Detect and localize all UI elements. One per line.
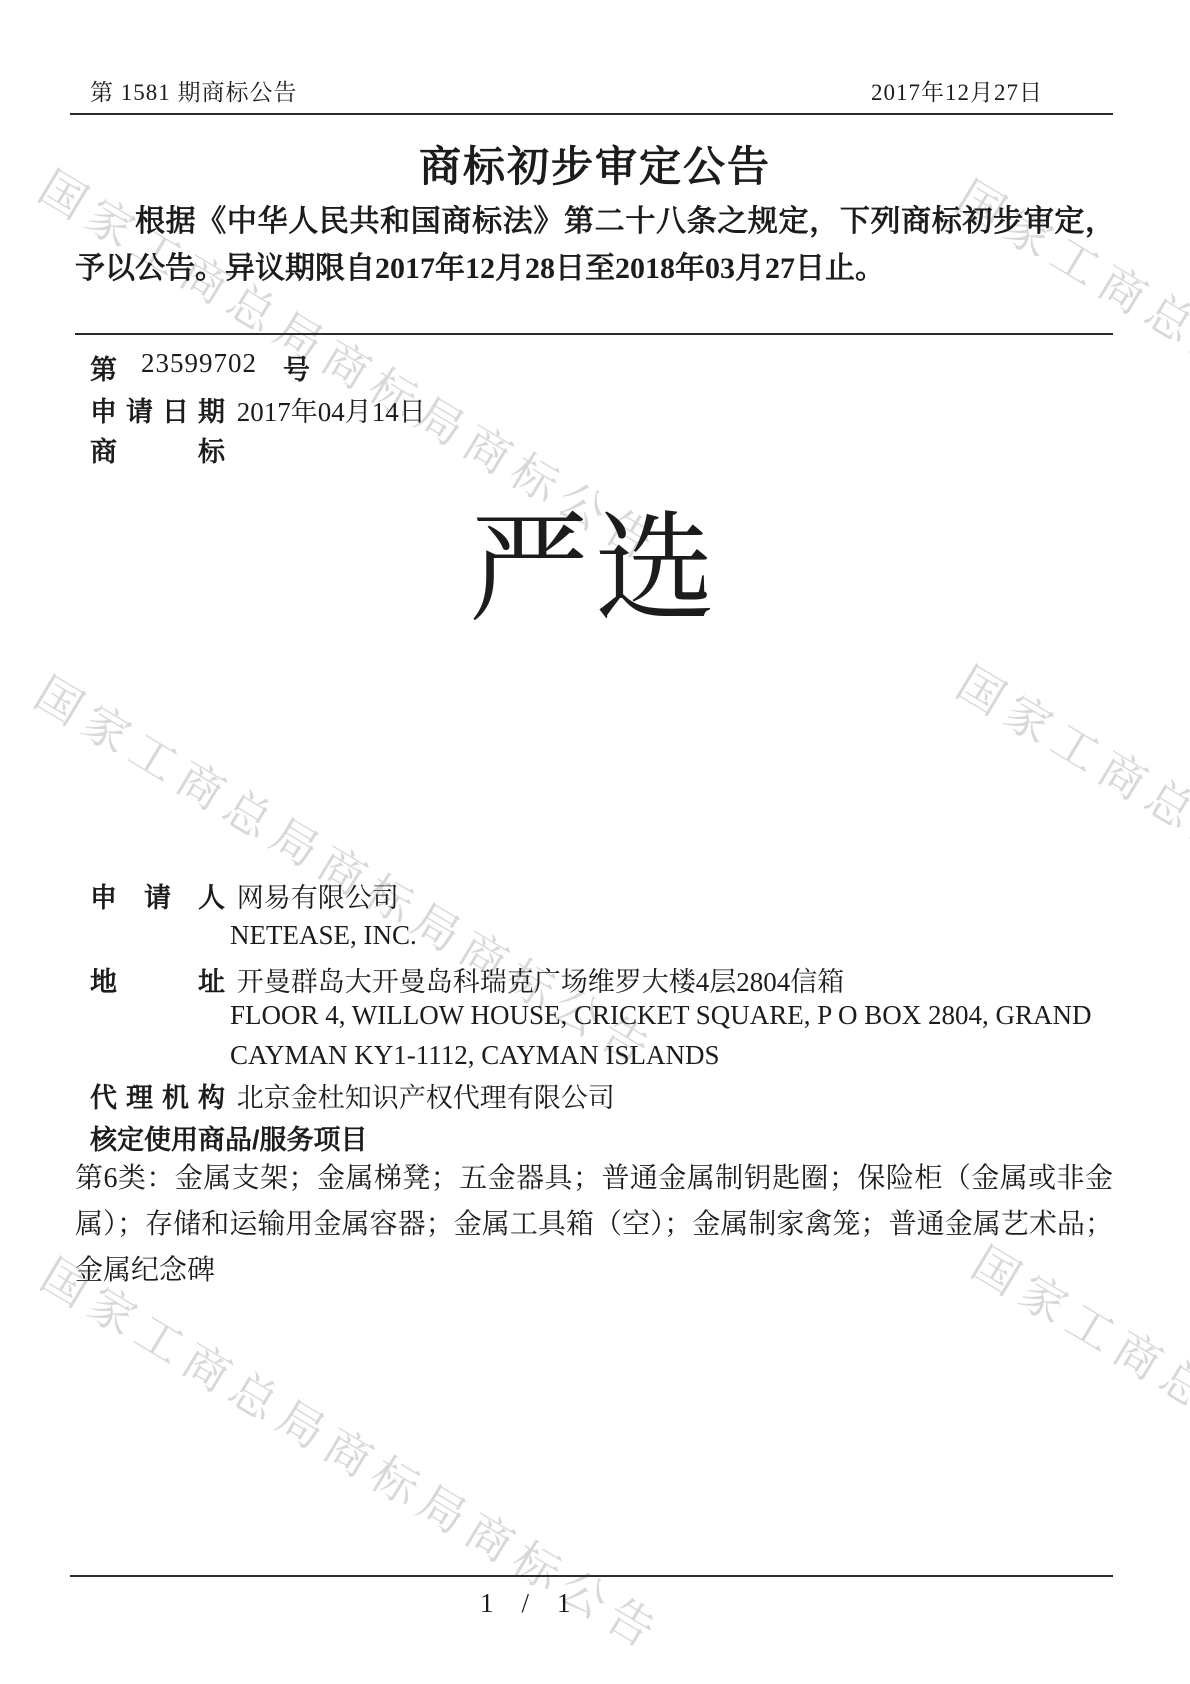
page-number: 1 / 1 (480, 1588, 571, 1619)
address-en-line2: CAYMAN KY1-1112, CAYMAN ISLANDS (230, 1040, 720, 1071)
gazette-issue-header: 第 1581 期商标公告 (90, 74, 298, 107)
trademark-label-row: 商标 (90, 430, 225, 469)
document-content: 第 1581 期商标公告 2017年12月27日 商标初步审定公告 根据《中华人… (0, 0, 1190, 1684)
total-pages: 1 (557, 1588, 571, 1619)
agent-label: 代理机构 (90, 1076, 225, 1115)
intro-paragraph: 根据《中华人民共和国商标法》第二十八条之规定，下列商标初步审定，予以公告。异议期… (75, 198, 1115, 292)
trademark-label: 商标 (90, 430, 225, 469)
registration-number: 23599702 (141, 348, 257, 379)
address-en-line1: FLOOR 4, WILLOW HOUSE, CRICKET SQUARE, P… (230, 1000, 1092, 1031)
applicant-label: 申请人 (90, 876, 225, 915)
agent-name: 北京金杜知识产权代理有限公司 (237, 1076, 615, 1115)
applicant-name-cn: 网易有限公司 (237, 876, 399, 915)
trademark-name: 严选 (0, 500, 1190, 640)
gazette-date-header: 2017年12月27日 (871, 74, 1043, 107)
address-cn: 开曼群岛大开曼岛科瑞克广场维罗大楼4层2804信箱 (237, 960, 845, 999)
gazette-page: 国家工商总局商标局商标公告 国家工商总局商标局商标公告 国家工商总局商标局商标公… (0, 0, 1190, 1684)
address-row: 地址 开曼群岛大开曼岛科瑞克广场维罗大楼4层2804信箱 (90, 960, 844, 999)
footer-rule (70, 1575, 1113, 1577)
goods-list: 第6类：金属支架；金属梯凳；五金器具；普通金属制钥匙圈；保险柜（金属或非金属）；… (75, 1156, 1113, 1294)
application-date-row: 申请日期 2017年04月14日 (90, 390, 426, 429)
number-prefix-label: 第 (90, 348, 117, 387)
goods-section-heading: 核定使用商品/服务项目 (90, 1118, 368, 1157)
applicant-name-en: NETEASE, INC. (230, 920, 417, 951)
number-suffix-label: 号 (283, 355, 310, 385)
document-title: 商标初步审定公告 (0, 134, 1190, 194)
registration-number-row: 第23599702号 (90, 348, 310, 387)
page-separator: / (522, 1588, 530, 1619)
application-date-label: 申请日期 (90, 390, 225, 429)
address-label: 地址 (90, 960, 225, 999)
current-page: 1 (480, 1588, 494, 1619)
application-date-value: 2017年04月14日 (237, 390, 426, 429)
applicant-row: 申请人 网易有限公司 (90, 876, 399, 915)
header-rule (70, 113, 1113, 115)
agent-row: 代理机构 北京金杜知识产权代理有限公司 (90, 1076, 615, 1115)
section-rule (75, 333, 1113, 335)
